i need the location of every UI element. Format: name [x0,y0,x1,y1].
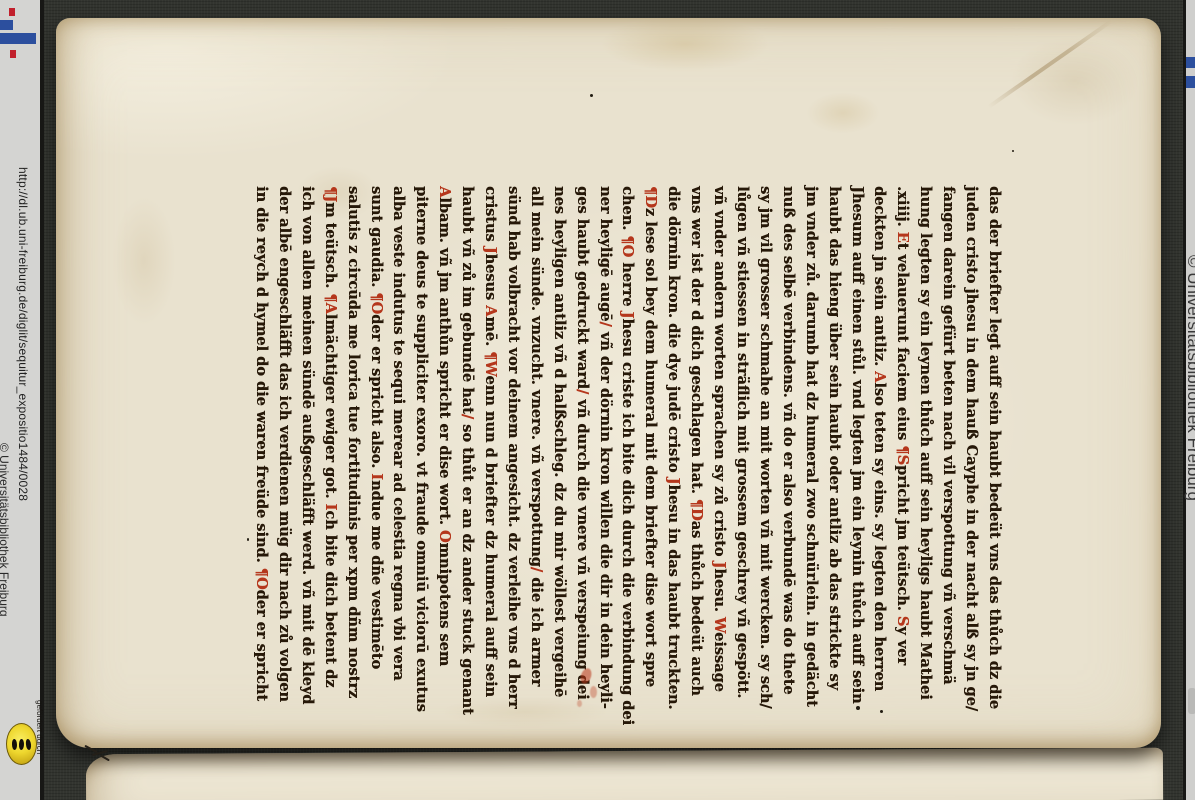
right-strip-smudge [1188,688,1195,714]
text-line: lůgen vñ stiessen in sträflich mit gross… [730,186,753,686]
text-line: Jhesum auff einen stůl. vnd legten jm ei… [845,186,868,686]
copyright-watermark-left: © Universitätsbibliothek Freiburg [0,443,11,617]
text-line: Albam. vñ jm anthůn spricht er dise wort… [432,186,455,686]
text-line: fangen darein gefürt beten nach vil vers… [936,186,959,686]
text-line: salutis z circūda me lorica tue fortitud… [341,186,364,686]
text-line: alba veste indutus te sequi merear ad ce… [387,186,410,686]
text-line: haubt vñ zů im gebundē hat/ so thůt er a… [455,186,478,686]
text-line: cristus Jhesus Amē. ¶Wenn nun d briefter… [478,186,501,686]
text-line: sünd hab volbracht vor deinem angesicht.… [501,186,524,686]
left-metadata-strip: http://dl.ub.uni-freiburg.de/diglit/sequ… [0,0,44,800]
text-line: chen. ¶O herre Jhesu criste ich bite dic… [616,186,639,686]
text-line: .xiiij. Et velauerunt faciem eius ¶Spric… [890,186,913,686]
text-line: nes heyligen antliz vñ d halßschleg. dz … [547,186,570,686]
text-line: hung legten sy ein leynen thůch auff sei… [913,186,936,686]
url-watermark: http://dl.ub.uni-freiburg.de/diglit/sequ… [16,167,30,501]
ink-spot [590,94,593,97]
ink-spot [856,706,860,710]
text-line: vns wer ist der d dich geschlagen hat. ¶… [684,186,707,686]
text-line: die dörnin kron. die dye judē cristo Jhe… [661,186,684,686]
funder-label: gefördert durch [35,700,44,754]
text-line: sunt gaudia. ¶Oder er spricht also. Indu… [364,186,387,686]
copyright-watermark-right: © Universitätsbibliothek Freiburg [1183,255,1195,501]
text-line: juden cristo jhesu in dem hauß Cayphe in… [959,186,982,686]
bw-lions-icon [6,723,37,765]
ink-spot [247,538,249,541]
ink-spot [1012,150,1014,152]
red-ink-smudge [590,686,597,698]
text-line: ner heyligē augē/ vñ der dörnin kron wil… [593,186,616,686]
text-line: all mein sünde. vnzucht. vnere. vñ versp… [524,186,547,686]
text-line: ¶Jm teütsch. ¶Almächtiger ewiger got. Ic… [318,186,341,686]
ink-spot [880,710,883,713]
text-line: piterne deus te suppliciter exoro. vt fr… [409,186,432,686]
text-line: haubt das hieng über sein haubt oder ant… [822,186,845,686]
text-line: in die reych d hymel do die waren freüde… [249,186,272,686]
text-line: das der briefter legt auff sein haubt be… [982,186,1005,686]
text-line: ich von allen meinen sündē außgeschläfft… [295,186,318,686]
right-metadata-strip: © Universitätsbibliothek Freiburg [1183,0,1195,800]
text-line: sy jm vil grosser schmahe an mit worten … [753,186,776,686]
text-line: vñ vnder andern worten sprachen sy zů cr… [707,186,730,686]
text-line: deckten jn sein antliz. Also teten sy ei… [868,186,891,686]
text-line: der albē engeschläfft das ich verdienen … [272,186,295,686]
text-line: ¶Dz lese sol bey dem humeral mit dem bri… [639,186,662,686]
red-ink-smudge [577,700,582,707]
page-text-lines: das der briefter legt auff sein haubt be… [249,186,1005,686]
digitized-book-viewer: das der briefter legt auff sein haubt be… [0,0,1195,800]
next-leaf-edge [86,748,1163,800]
text-line: jm vnder zů. darumb hat dz humeral zwo s… [799,186,822,686]
text-line: nuß des selbē verbindens. vñ do er also … [776,186,799,686]
text-line: ges haubt gedruckt ward/ vñ durch die vn… [570,186,593,686]
